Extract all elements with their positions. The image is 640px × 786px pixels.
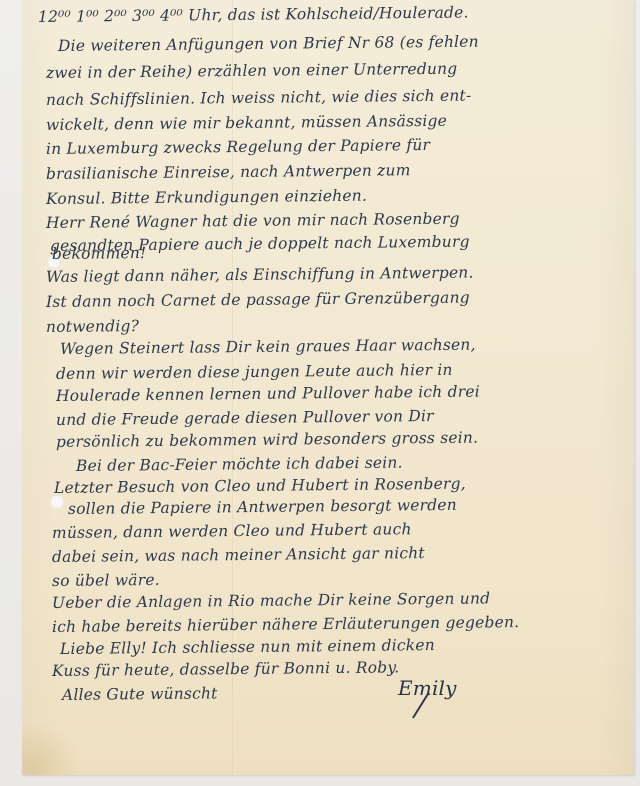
letter-line: brasilianische Einreise, nach Antwerpen … xyxy=(46,161,411,183)
letter-line: Kuss für heute, dasselbe für Bonni u. Ro… xyxy=(52,658,400,680)
letter-line: in Luxemburg zwecks Regelung der Papiere… xyxy=(46,136,430,158)
letter-line: ich habe bereits hierüber nähere Erläute… xyxy=(52,613,519,636)
letter-body: 12⁰⁰ 1⁰⁰ 2⁰⁰ 3⁰⁰ 4⁰⁰ Uhr, das ist Kohlsc… xyxy=(0,0,640,786)
letter-line: Die weiteren Anfügungen von Brief Nr 68 … xyxy=(58,33,479,55)
letter-line: 12⁰⁰ 1⁰⁰ 2⁰⁰ 3⁰⁰ 4⁰⁰ Uhr, das ist Kohlsc… xyxy=(38,3,469,26)
letter-line: wickelt, denn wie mir bekannt, müssen An… xyxy=(46,112,447,134)
letter-line: und die Freude gerade diesen Pullover vo… xyxy=(56,407,434,429)
letter-line: Ueber die Anlagen in Rio mache Dir keine… xyxy=(52,589,490,612)
letter-line: notwendig? xyxy=(46,317,139,336)
letter-line: Houlerade kennen lernen und Pullover hab… xyxy=(56,383,480,405)
letter-line: Wegen Steinert lass Dir kein graues Haar… xyxy=(60,336,476,358)
letter-line: sollen die Papiere in Antwerpen besorgt … xyxy=(68,496,457,518)
letter-line: persönlich zu bekommen wird besonders gr… xyxy=(56,429,478,451)
letter-line: zwei in der Reihe) erzählen von einer Un… xyxy=(46,60,458,82)
letter-line: so übel wäre. xyxy=(52,571,160,590)
letter-line: Liebe Elly! Ich schliesse nun mit einem … xyxy=(60,636,435,658)
letter-line: Herr René Wagner hat die von mir nach Ro… xyxy=(46,210,460,232)
letter-line: denn wir werden diese jungen Leute auch … xyxy=(56,361,453,383)
letter-line: Alles Gute wünscht xyxy=(62,684,218,704)
letter-line: Letzter Besuch von Cleo und Hubert in Ro… xyxy=(54,475,466,497)
letter-line: dabei sein, was nach meiner Ansicht gar … xyxy=(52,544,425,566)
letter-line: müssen, dann werden Cleo und Hubert auch xyxy=(52,520,412,542)
letter-line: Bei der Bac-Feier möchte ich dabei sein. xyxy=(76,454,403,475)
letter-line: Was liegt dann näher, als Einschiffung i… xyxy=(46,264,474,286)
letter-line: bekommen! xyxy=(52,244,147,263)
letter-line: Konsul. Bitte Erkundigungen einziehen. xyxy=(46,187,367,208)
letter-line: Ist dann noch Carnet de passage für Gren… xyxy=(46,289,470,311)
letter-line: nach Schiffslinien. Ich weiss nicht, wie… xyxy=(46,87,472,109)
